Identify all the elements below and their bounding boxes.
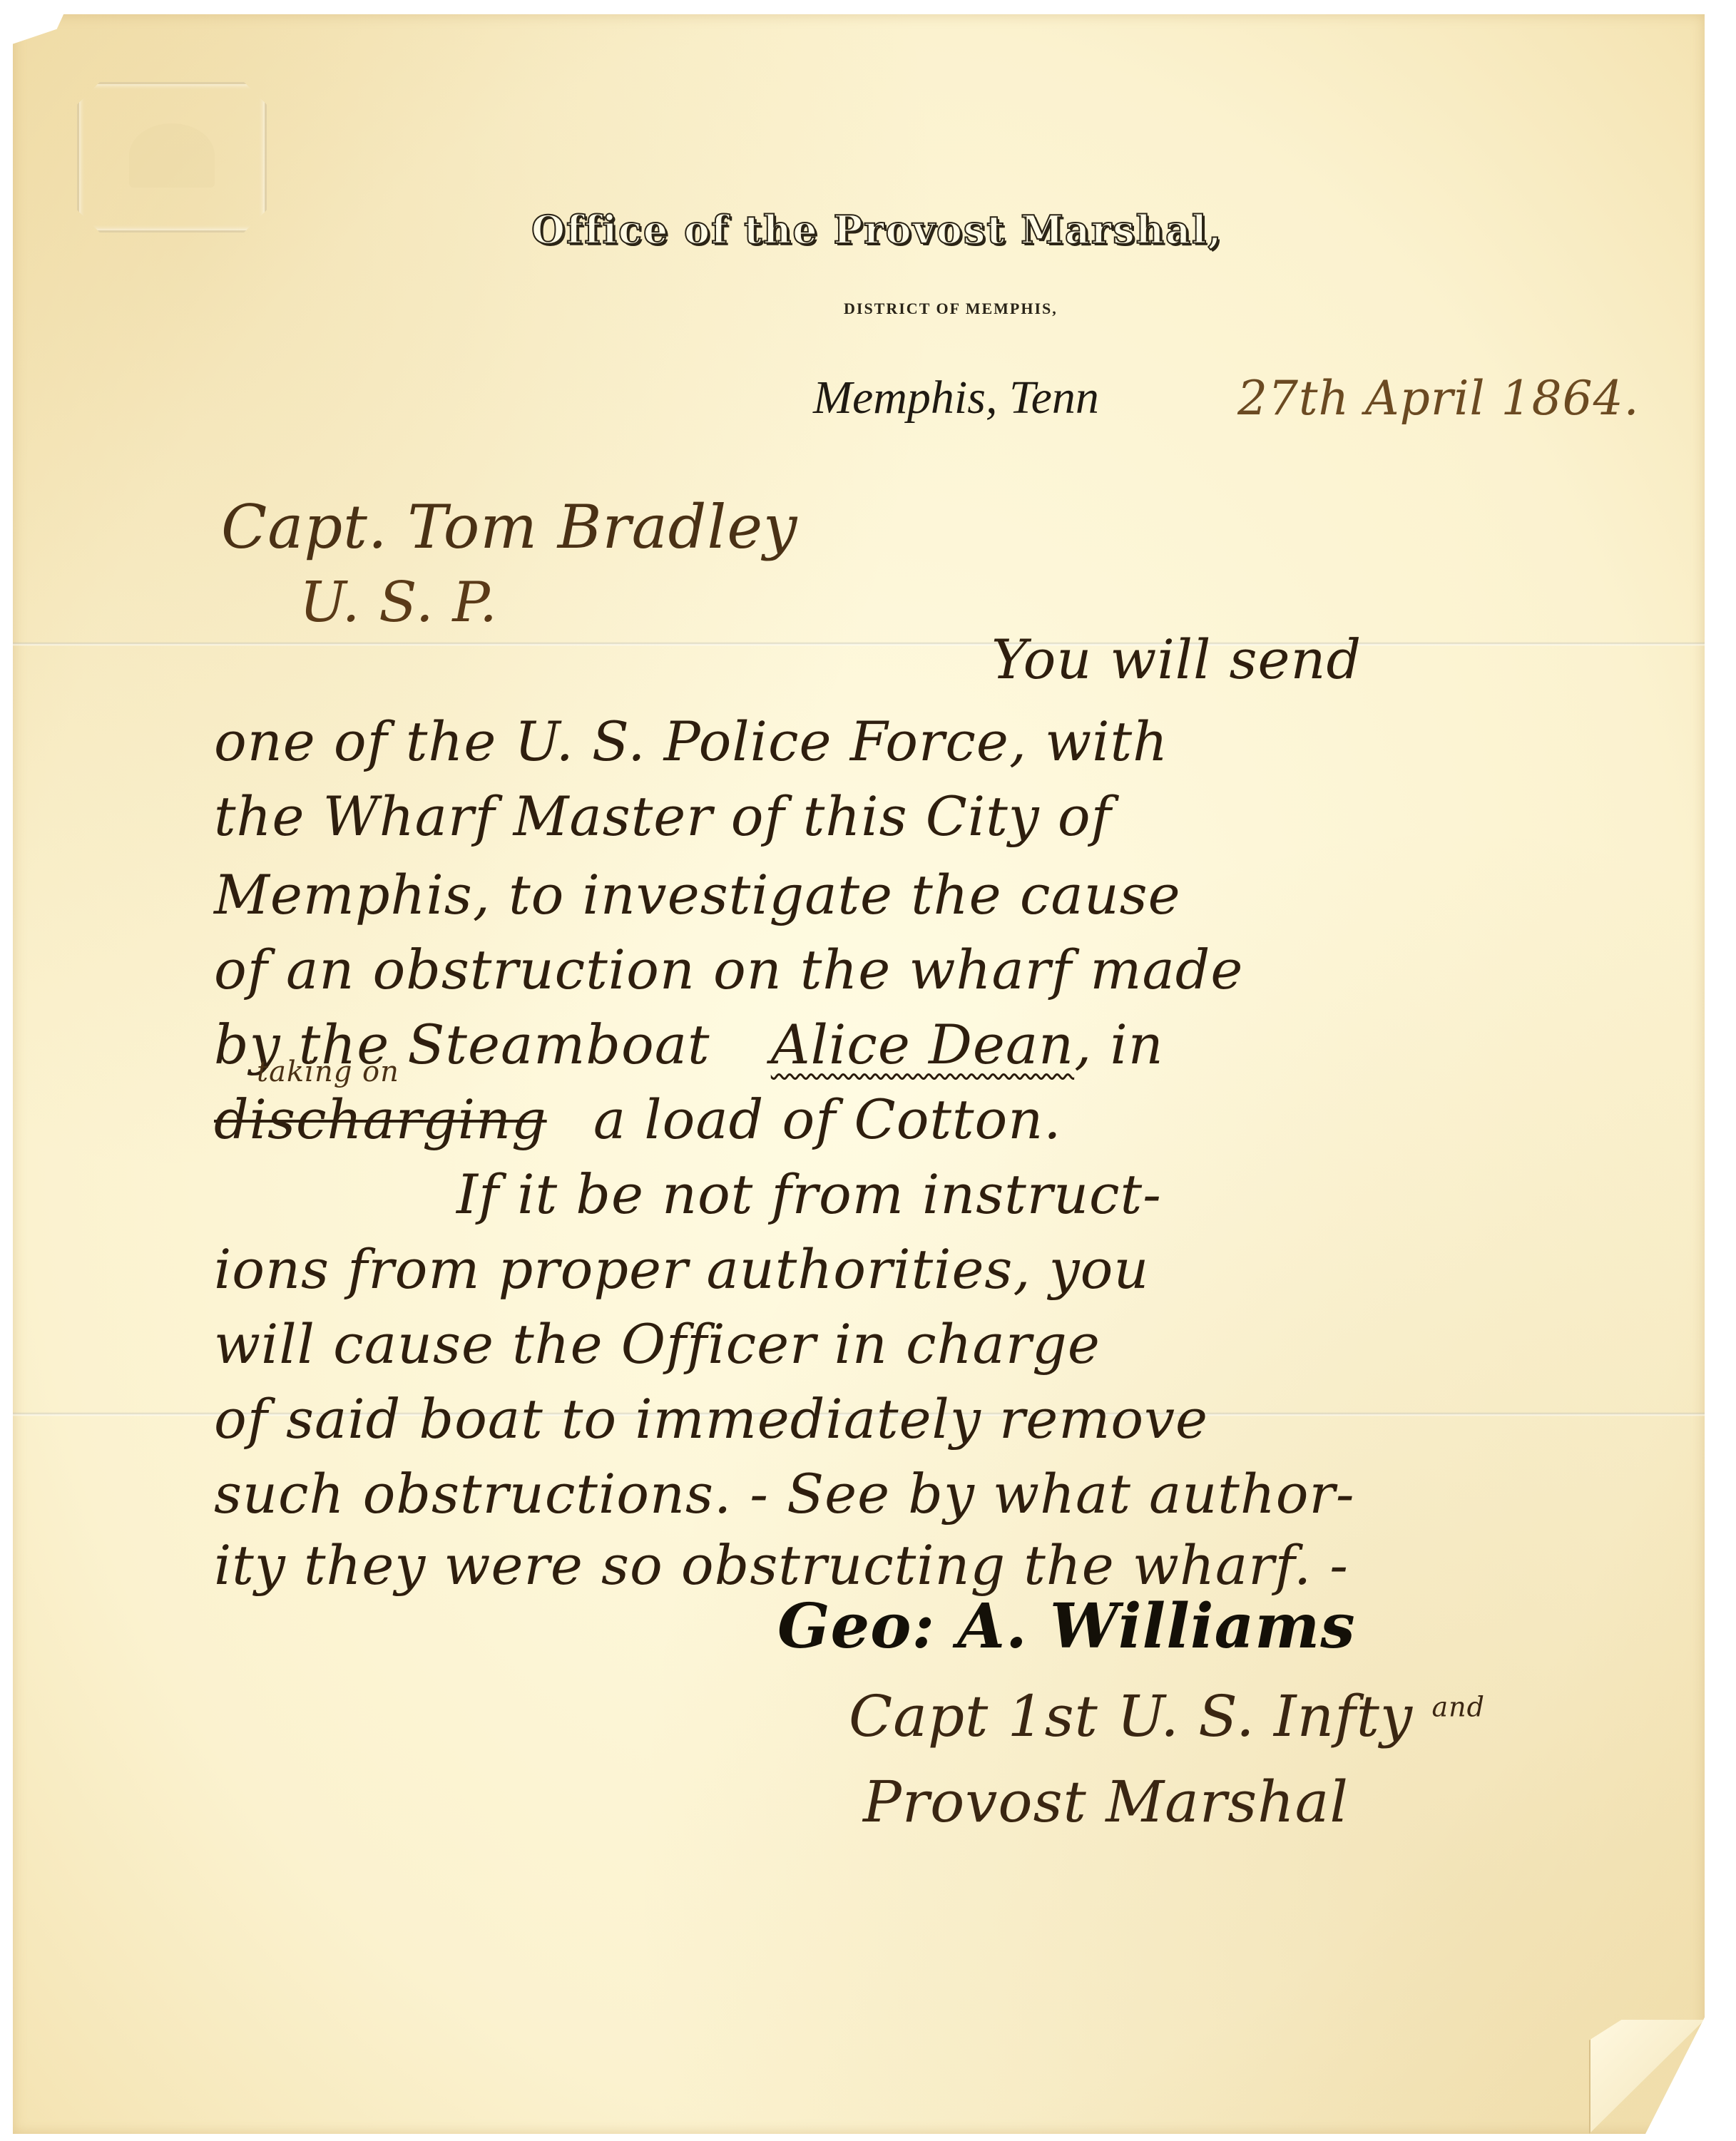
addressee-name: Capt. Tom Bradley: [221, 492, 797, 562]
inserted-correction: taking on: [257, 1056, 399, 1088]
body-line-13: ity they were so obstructing the wharf. …: [214, 1533, 1349, 1597]
signature-name: Geo: A. Williams: [777, 1590, 1356, 1662]
signature-rank-sup: and: [1432, 1691, 1485, 1722]
struck-word: discharging: [214, 1088, 547, 1151]
body-line-5: of an obstruction on the wharf made: [214, 938, 1243, 1001]
signature-rank: Capt 1st U. S. Infty and: [849, 1683, 1485, 1749]
body-line-9: ions from proper authorities, you: [214, 1237, 1149, 1301]
body-line-4: Memphis, to investigate the cause: [214, 863, 1181, 926]
body-line-8: If it be not from instruct-: [456, 1163, 1162, 1226]
folded-corner: [1589, 2020, 1705, 2134]
body-line-1: You will send: [991, 628, 1362, 691]
body-line-7-rest: a load of Cotton.: [593, 1088, 1062, 1151]
letterhead-district: DISTRICT OF MEMPHIS,: [844, 300, 1058, 318]
body-line-12: such obstructions. - See by what author-: [214, 1462, 1355, 1526]
signature-rank-text: Capt 1st U. S. Infty: [849, 1683, 1413, 1749]
embossed-stationer-seal-icon: [77, 82, 267, 233]
body-line-10: will cause the Officer in charge: [214, 1312, 1101, 1376]
addressee-unit: U. S. P.: [300, 571, 498, 635]
body-line-3: the Wharf Master of this City of: [214, 785, 1112, 848]
body-line-6-end: , in: [1074, 1013, 1164, 1076]
letterhead-title: Office of the Provost Marshal,: [531, 207, 1222, 252]
fold-line-upper: [13, 642, 1705, 646]
dateline-date: 27th April 1864.: [1237, 371, 1640, 426]
signature-office: Provost Marshal: [863, 1769, 1349, 1835]
body-line-2: one of the U. S. Police Force, with: [214, 710, 1168, 773]
body-line-11: of said boat to immediately remove: [214, 1387, 1208, 1451]
seal-eagle-icon: [129, 123, 215, 188]
body-line-7: discharging a load of Cotton.: [214, 1088, 1061, 1151]
steamboat-name: Alice Dean: [771, 1013, 1074, 1076]
dateline-place: Memphis, Tenn: [813, 371, 1099, 425]
